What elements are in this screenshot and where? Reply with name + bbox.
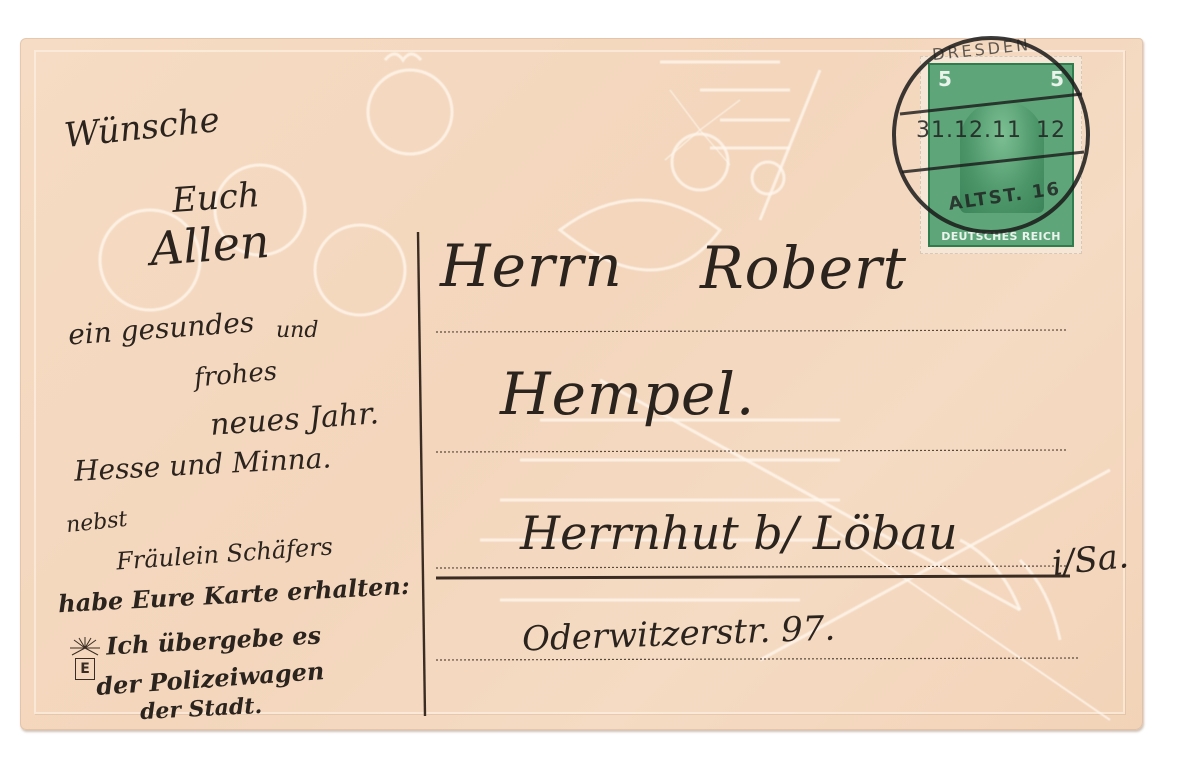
address-region: i/Sa. xyxy=(1050,536,1130,584)
address-last-name: Hempel. xyxy=(500,360,755,428)
logo-letter: E xyxy=(75,658,95,680)
postmark-date-value: 31.12.11 xyxy=(916,118,1022,143)
message-line: und xyxy=(276,318,318,343)
sunburst-emblem-icon xyxy=(68,636,102,658)
address-first-name: Robert xyxy=(700,234,907,302)
message-line: Euch xyxy=(171,175,261,221)
postmark-time: 12 xyxy=(1036,118,1066,143)
postmark-date: 31.12.11 12 xyxy=(916,118,1066,143)
address-salutation: Herrn xyxy=(440,232,623,300)
address-town: Herrnhut b/ Löbau xyxy=(520,506,958,560)
message-line: Allen xyxy=(148,214,271,276)
publisher-logo: E xyxy=(68,636,102,698)
town-underline xyxy=(436,576,1070,578)
divider-line xyxy=(418,232,425,716)
postmark: DRESDEN 31.12.11 12 ALTST. 16 xyxy=(888,32,1094,238)
